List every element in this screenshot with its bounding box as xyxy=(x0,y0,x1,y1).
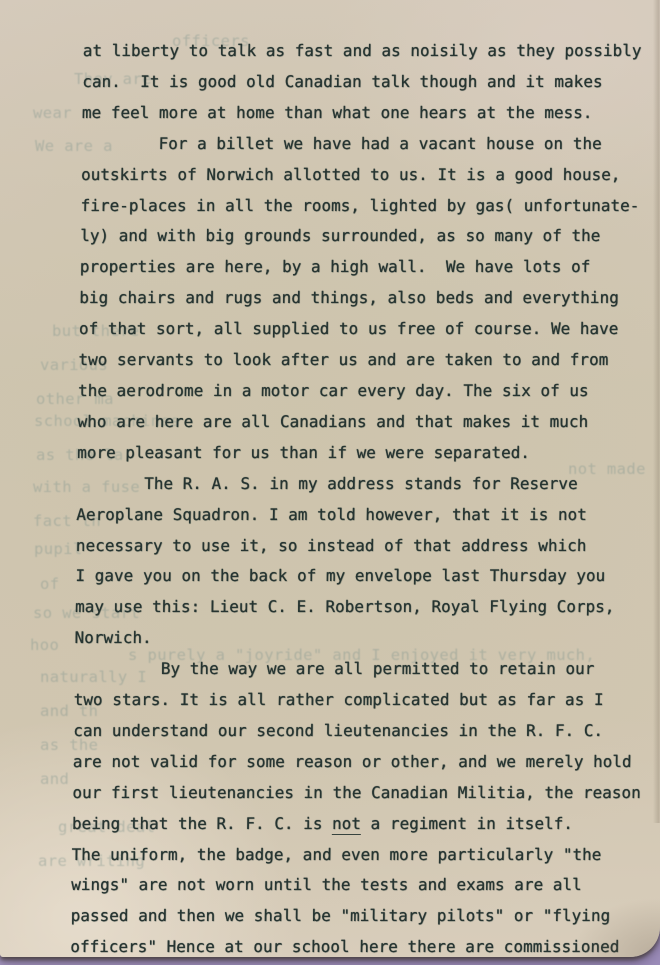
letter-line: who are here are all Canadians and that … xyxy=(77,407,648,438)
page-edge-crease xyxy=(653,0,660,823)
letter-line: big chairs and rugs and things, also bed… xyxy=(79,283,650,314)
letter-line: ly) and with big grounds surrounded, as … xyxy=(80,221,651,252)
letter-line: I gave you on the back of my envelope la… xyxy=(75,561,646,592)
letter-line: The uniform, the badge, and even more pa… xyxy=(71,840,642,871)
letter-line: The R. A. S. in my address stands for Re… xyxy=(77,469,648,500)
ghost-text-fragment: wear xyxy=(33,104,72,122)
letter-line: being that the R. F. C. is not a regimen… xyxy=(72,809,643,840)
letter-line: outskirts of Norwich allotted to us. It … xyxy=(81,160,652,191)
underlined-word: not xyxy=(332,814,361,835)
letter-line: properties are here, by a high wall. We … xyxy=(80,252,651,283)
letter-page: officersThey arewearWe are abut therevar… xyxy=(0,0,660,957)
letter-line: two servants to look after us and are ta… xyxy=(78,345,649,376)
letter-line: two stars. It is all rather complicated … xyxy=(74,685,645,716)
ghost-text-fragment: and xyxy=(40,770,69,788)
letter-line: officers" Hence at our school here there… xyxy=(70,932,641,963)
letter-line: can understand our second lieutenancies … xyxy=(73,716,644,747)
letter-line: may use this: Lieut C. E. Robertson, Roy… xyxy=(75,592,646,623)
letter-line: passed and then we shall be "military pi… xyxy=(70,901,641,932)
letter-line: can. It is good old Canadian talk though… xyxy=(82,67,653,98)
letter-line: me feel more at home than what one hears… xyxy=(82,98,653,129)
letter-line: more pleasant for us than if we were sep… xyxy=(77,438,648,469)
line-segment: being that the R. F. C. is xyxy=(72,814,332,833)
letter-line: necessary to use it, so instead of that … xyxy=(76,531,647,562)
letter-line: Aeroplane Squadron. I am told however, t… xyxy=(76,500,647,531)
letter-line: are not valid for some reason or other, … xyxy=(73,747,644,778)
letter-body: at liberty to talk as fast and as noisil… xyxy=(70,36,654,963)
ghost-text-fragment: of xyxy=(40,575,59,593)
letter-line: at liberty to talk as fast and as noisil… xyxy=(83,36,654,67)
letter-line: fire-places in all the rooms, lighted by… xyxy=(80,191,651,222)
letter-line: the aerodrome in a motor car every day. … xyxy=(78,376,649,407)
page-corner-shadow xyxy=(570,897,660,957)
letter-line: By the way we are all permitted to retai… xyxy=(74,654,645,685)
letter-line: wings" are not worn until the tests and … xyxy=(71,870,642,901)
letter-line: Norwich. xyxy=(74,623,645,654)
ghost-text-fragment: hoo xyxy=(30,636,59,654)
letter-line: of that sort, all supplied to us free of… xyxy=(79,314,650,345)
letter-line: our first lieutenancies in the Canadian … xyxy=(72,778,643,809)
letter-line: For a billet we have had a vacant house … xyxy=(81,129,652,160)
line-segment: a regiment in itself. xyxy=(361,814,573,833)
